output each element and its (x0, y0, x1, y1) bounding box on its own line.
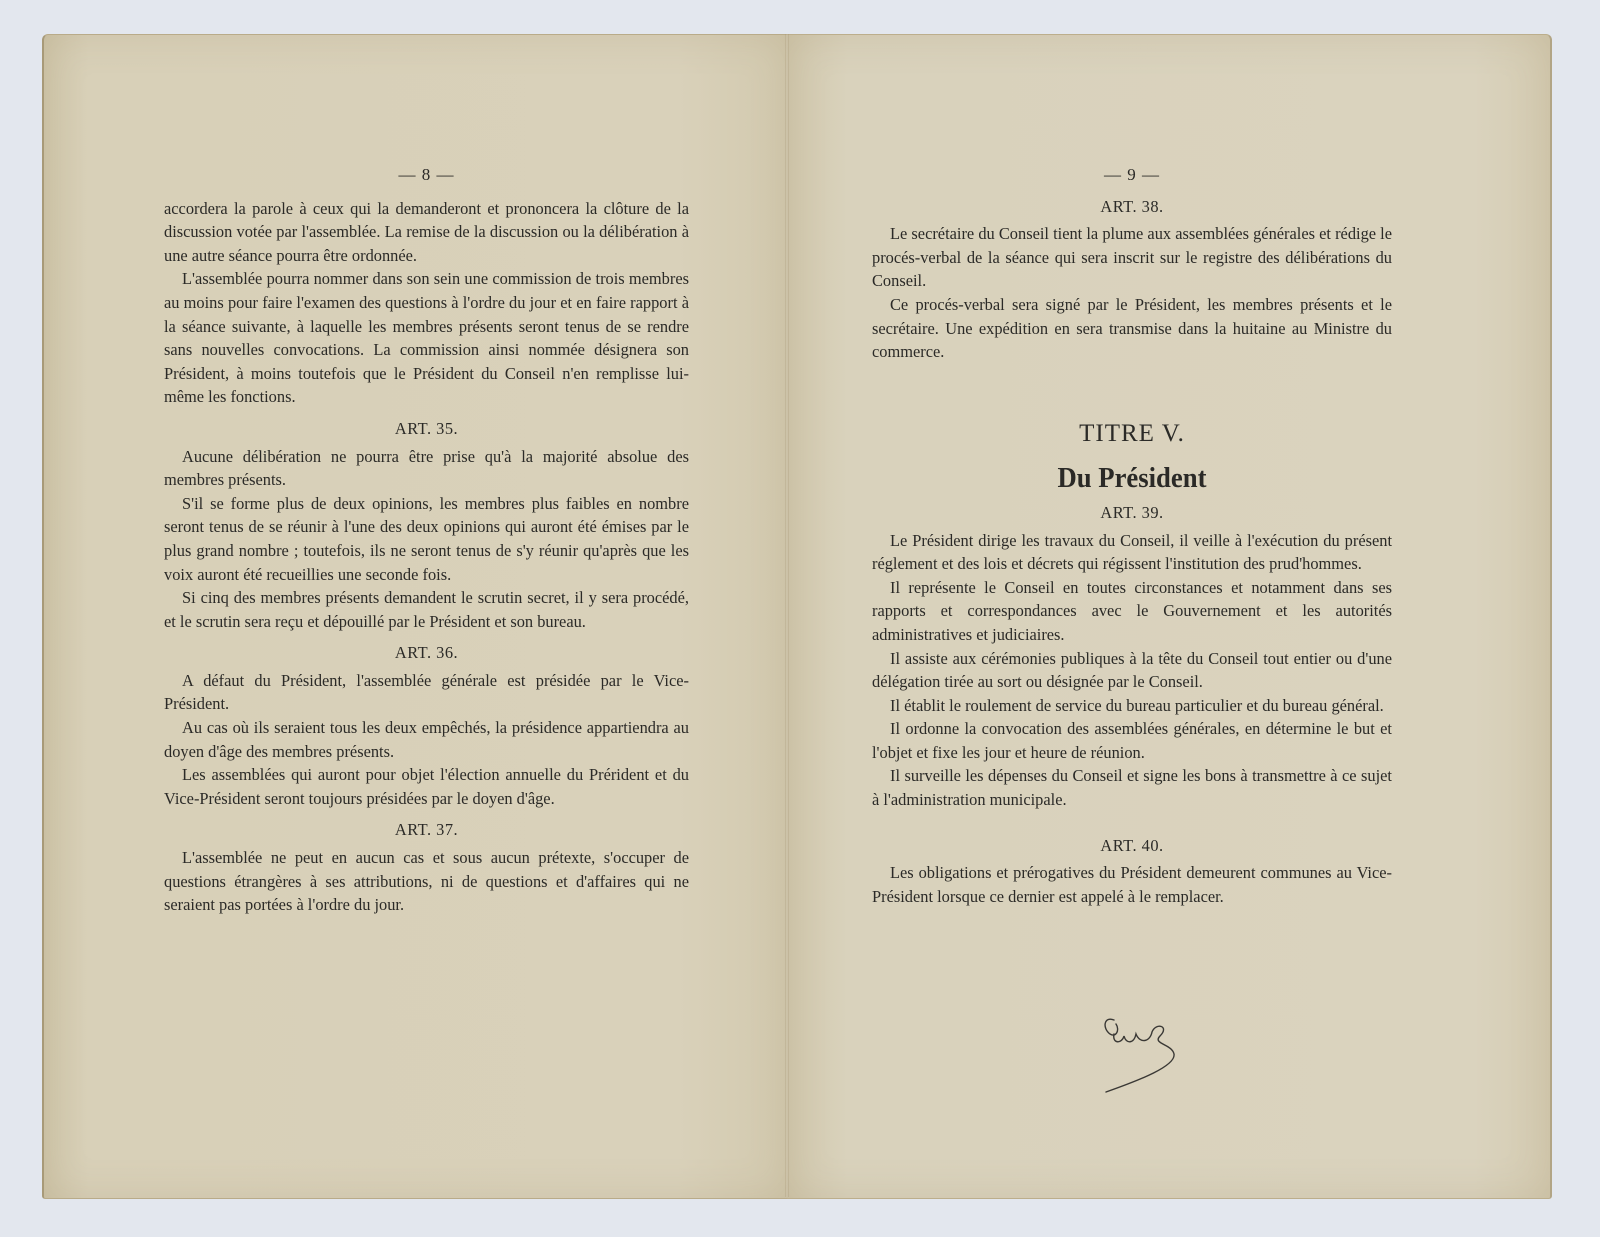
right-page-text: — 9 — ART. 38. Le secrétaire du Conseil … (872, 163, 1392, 908)
paragraph: Si cinq des membres présents demandent l… (164, 586, 689, 633)
paragraph: Il surveille les dépenses du Conseil et … (872, 764, 1392, 811)
paragraph: Ce procés-verbal sera signé par le Prési… (872, 293, 1392, 364)
paragraph: L'assemblée ne peut en aucun cas et sous… (164, 846, 689, 917)
left-page: — 8 — accordera la parole à ceux qui la … (42, 34, 789, 1199)
paragraph: Le secrétaire du Conseil tient la plume … (872, 222, 1392, 293)
paragraph: S'il se forme plus de deux opinions, les… (164, 492, 689, 586)
article-heading: ART. 38. (872, 195, 1392, 219)
article-heading: ART. 36. (164, 641, 689, 665)
paragraph: Il assiste aux cérémonies publiques à la… (872, 647, 1392, 694)
paragraph: Au cas où ils seraient tous les deux emp… (164, 716, 689, 763)
article-heading: ART. 39. (872, 501, 1392, 525)
signature-icon (1100, 1010, 1190, 1095)
paragraph: A défaut du Président, l'assemblée génér… (164, 669, 689, 716)
paragraph: Il représente le Conseil en toutes circo… (872, 576, 1392, 647)
page-gutter (785, 34, 789, 1197)
article-heading: ART. 35. (164, 417, 689, 441)
article-heading: ART. 37. (164, 818, 689, 842)
article-heading: ART. 40. (872, 834, 1392, 858)
paragraph: Les obligations et prérogatives du Prési… (872, 861, 1392, 908)
paragraph: Aucune délibération ne pourra être prise… (164, 445, 689, 492)
paragraph: Les assemblées qui auront pour objet l'é… (164, 763, 689, 810)
section-heading: Du Président (893, 467, 1371, 491)
page-number: — 8 — (164, 163, 689, 187)
page-number: — 9 — (872, 163, 1392, 187)
paragraph: accordera la parole à ceux qui la demand… (164, 197, 689, 268)
paragraph: L'assemblée pourra nommer dans son sein … (164, 267, 689, 409)
open-booklet: — 8 — accordera la parole à ceux qui la … (42, 34, 1550, 1197)
paragraph: Le Président dirige les travaux du Conse… (872, 529, 1392, 576)
title-heading: TITRE V. (872, 422, 1392, 446)
paragraph: Il établit le roulement de service du bu… (872, 694, 1392, 718)
left-page-text: — 8 — accordera la parole à ceux qui la … (164, 163, 689, 917)
paragraph: Il ordonne la convocation des assemblées… (872, 717, 1392, 764)
